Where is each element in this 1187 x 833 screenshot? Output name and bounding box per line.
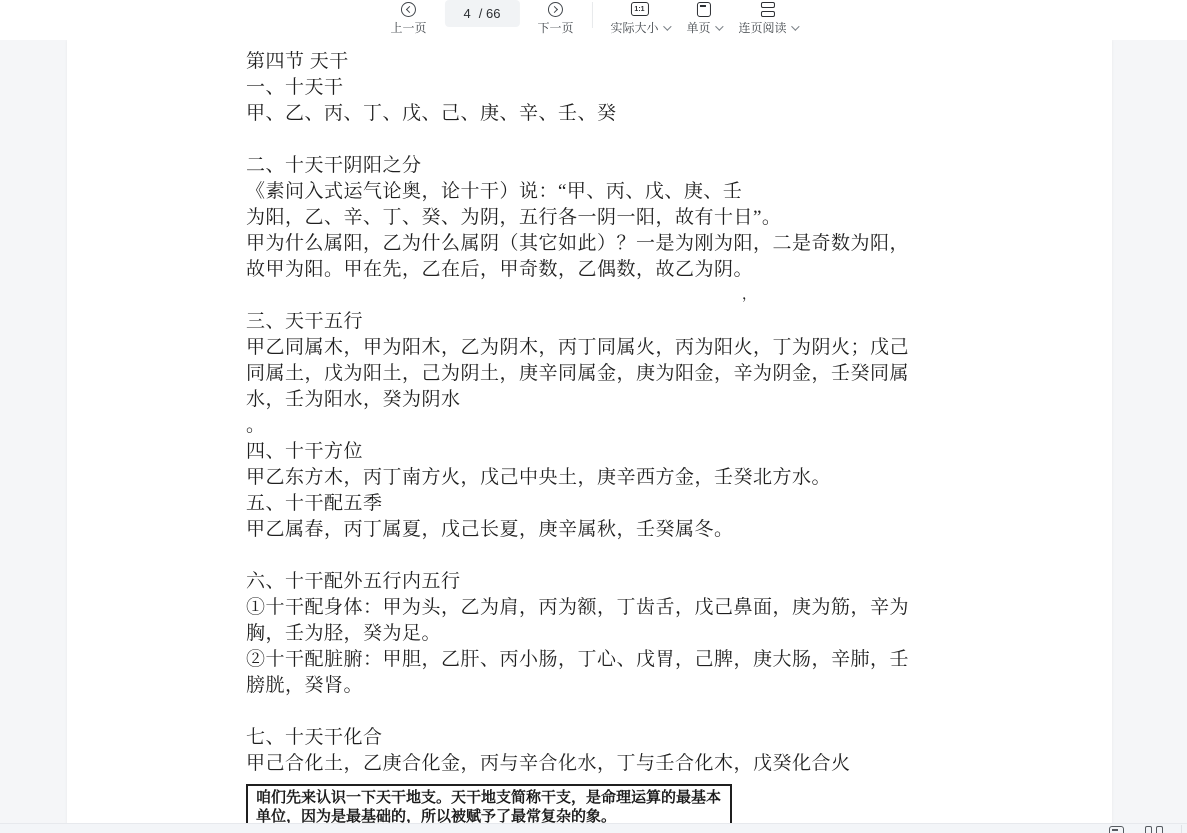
doc-line: ①十干配身体：甲为头，乙为肩，丙为额，丁齿舌，戊己鼻面，庚为筋，辛为 [246, 595, 1112, 621]
doc-line-stray-comma: ， [246, 283, 1112, 309]
doc-line: 甲、乙、丙、丁、戊、己、庚、辛、壬、癸 [246, 101, 1112, 127]
continuous-reading-label: 连页阅读 [739, 19, 787, 36]
doc-line: 甲乙东方木，丙丁南方火，戊己中央土，庚辛西方金，壬癸北方水。 [246, 465, 1112, 491]
bottom-two-page-icon[interactable] [1145, 826, 1163, 833]
doc-line: 胸，壬为胫，癸为足。 [246, 621, 1112, 647]
document-viewer-window: 上一页 4 / 66 下一页 1:1 [0, 0, 1187, 833]
doc-line: 四、十干方位 [246, 439, 1112, 465]
doc-line: 第四节 天干 [246, 49, 1112, 75]
current-page-value[interactable]: 4 [464, 6, 471, 21]
chevron-down-icon [715, 22, 723, 30]
bottom-single-page-icon[interactable] [1109, 826, 1124, 833]
box-line: 咱们先来认识一下天干地支。天干地支简称干支，是命理运算的最基本 [256, 788, 722, 807]
doc-line: 同属土，戊为阳土，己为阴土，庚辛同属金，庚为阳金，辛为阴金，壬癸同属 [246, 361, 1112, 387]
doc-line: 七、十天干化合 [246, 725, 1112, 751]
toolbar-divider [591, 2, 592, 28]
actual-size-icon: 1:1 [630, 1, 648, 17]
document-content: 第四节 天干 一、十天干 甲、乙、丙、丁、戊、己、庚、辛、壬、癸 二、十天干阴阳… [67, 40, 1112, 833]
doc-line: 六、十干配外五行内五行 [246, 569, 1112, 595]
single-page-dropdown[interactable]: 单页 [687, 0, 721, 36]
next-page-icon [548, 1, 563, 17]
doc-line: 故甲为阳。甲在先，乙在后，甲奇数，乙偶数，故乙为阴。 [246, 257, 1112, 283]
actual-size-dropdown[interactable]: 1:1 实际大小 [610, 0, 668, 36]
single-page-icon [697, 1, 711, 17]
doc-line: 水，壬为阳水，癸为阴水 [246, 387, 1112, 413]
doc-line: 《素问入式运气论奥，论十干）说：“甲、丙、戊、庚、壬 [246, 179, 1112, 205]
single-page-label: 单页 [687, 19, 711, 36]
total-pages-label: / 66 [479, 6, 501, 21]
toolbar-controls: 上一页 4 / 66 下一页 1:1 [390, 0, 796, 40]
document-page[interactable]: 第四节 天干 一、十天干 甲、乙、丙、丁、戊、己、庚、辛、壬、癸 二、十天干阴阳… [67, 40, 1112, 833]
doc-line [246, 699, 1112, 725]
page-number-input[interactable]: 4 / 66 [444, 0, 519, 27]
next-page-label: 下一页 [537, 19, 573, 36]
continuous-reading-dropdown[interactable]: 连页阅读 [739, 0, 797, 36]
prev-page-icon [401, 1, 416, 17]
doc-line: 甲乙属春，丙丁属夏，戊己长夏，庚辛属秋，壬癸属冬。 [246, 517, 1112, 543]
chevron-down-icon [663, 22, 671, 30]
bottom-status-bar [0, 823, 1187, 833]
doc-line [246, 127, 1112, 153]
doc-line: 甲为什么属阳，乙为什么属阴（其它如此）？一是为刚为阳，二是奇数为阳， [246, 231, 1112, 257]
doc-line: 三、天干五行 [246, 309, 1112, 335]
next-page-button[interactable]: 下一页 [537, 0, 573, 36]
doc-line: 五、十干配五季 [246, 491, 1112, 517]
continuous-reading-icon [761, 1, 775, 17]
doc-line: 一、十天干 [246, 75, 1112, 101]
doc-line: 甲己合化土，乙庚合化金，丙与辛合化水，丁与壬合化木，戊癸化合火 [246, 751, 1112, 777]
doc-line: 为阳，乙、辛、丁、癸、为阴，五行各一阴一阳，故有十日”。 [246, 205, 1112, 231]
doc-line: 。 [246, 413, 1112, 439]
doc-line: ②十干配脏腑：甲胆，乙肝、丙小肠，丁心、戊胃，己脾，庚大肠，辛肺，壬 [246, 647, 1112, 673]
doc-line: 甲乙同属木，甲为阳木，乙为阴木，丙丁同属火，丙为阳火，丁为阴火；戊己 [246, 335, 1112, 361]
prev-page-button[interactable]: 上一页 [390, 0, 426, 36]
prev-page-label: 上一页 [390, 19, 426, 36]
top-toolbar: 上一页 4 / 66 下一页 1:1 [0, 0, 1187, 40]
chevron-down-icon [791, 22, 799, 30]
doc-line: 膀胱，癸肾。 [246, 673, 1112, 699]
bottom-bar-divider [1181, 825, 1182, 833]
actual-size-label: 实际大小 [610, 19, 658, 36]
doc-line: 二、十天干阴阳之分 [246, 153, 1112, 179]
doc-line [246, 543, 1112, 569]
